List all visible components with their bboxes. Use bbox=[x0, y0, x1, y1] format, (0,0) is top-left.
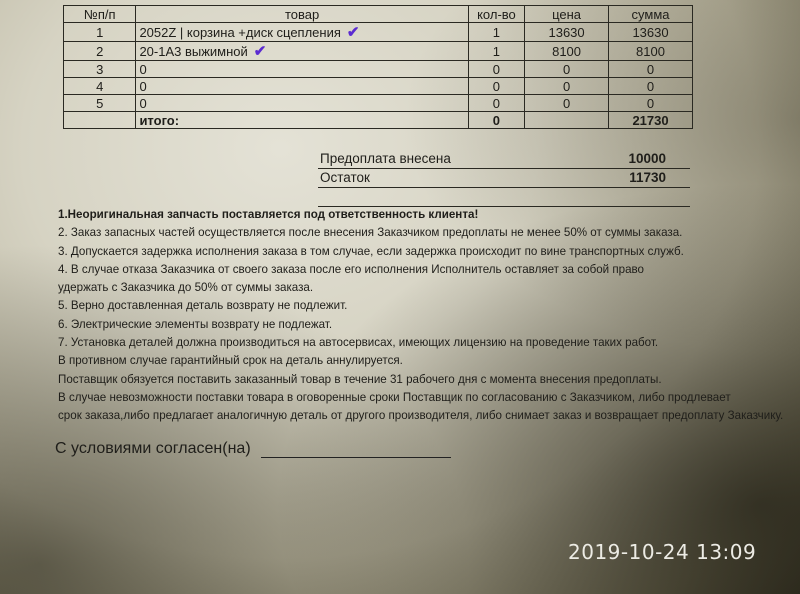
row-qty: 1 bbox=[468, 42, 524, 61]
row-sum: 13630 bbox=[609, 23, 693, 42]
header-sum: сумма bbox=[609, 6, 693, 23]
term-line: 5. Верно доставленная деталь возврату не… bbox=[58, 297, 800, 315]
blank-line bbox=[318, 188, 690, 207]
term-line: В случае невозможности поставки товара в… bbox=[58, 389, 800, 407]
row-price: 0 bbox=[525, 61, 609, 78]
row-num: 1 bbox=[64, 23, 136, 42]
term-line: Поставщик обязуется поставить заказанный… bbox=[58, 371, 800, 389]
header-qty: кол-во bbox=[468, 6, 524, 23]
signature-line bbox=[261, 443, 451, 458]
total-price-empty bbox=[525, 112, 609, 129]
balance-row: Остаток 11730 bbox=[318, 169, 690, 188]
header-product: товар bbox=[136, 6, 468, 23]
term-line: 3. Допускается задержка исполнения заказ… bbox=[58, 243, 800, 261]
agreement-label: С условиями согласен(на) bbox=[55, 440, 251, 458]
row-qty: 0 bbox=[468, 78, 524, 95]
product-name: 2052Z | корзина +диск сцепления bbox=[139, 25, 340, 40]
check-mark-icon: ✔ bbox=[347, 24, 360, 41]
prepaid-value: 10000 bbox=[628, 150, 666, 168]
table-row: 1 2052Z | корзина +диск сцепления✔ 1 136… bbox=[64, 23, 693, 42]
row-price: 8100 bbox=[525, 42, 609, 61]
total-empty bbox=[64, 112, 136, 129]
total-sum: 21730 bbox=[609, 112, 693, 129]
row-qty: 0 bbox=[468, 95, 524, 112]
row-product: 20-1A3 выжимной✔ bbox=[136, 42, 468, 61]
row-product: 0 bbox=[136, 95, 468, 112]
header-price: цена bbox=[525, 6, 609, 23]
check-mark-icon: ✔ bbox=[254, 43, 267, 60]
agreement-signature: С условиями согласен(на) bbox=[55, 440, 451, 458]
total-label: итого: bbox=[136, 112, 468, 129]
row-sum: 8100 bbox=[609, 42, 693, 61]
row-num: 2 bbox=[64, 42, 136, 61]
row-product: 0 bbox=[136, 61, 468, 78]
table-row: 4 0 0 0 0 bbox=[64, 78, 693, 95]
term-line: В противном случае гарантийный срок на д… bbox=[58, 352, 800, 370]
row-qty: 0 bbox=[468, 61, 524, 78]
table-row: 2 20-1A3 выжимной✔ 1 8100 8100 bbox=[64, 42, 693, 61]
payment-summary: Предоплата внесена 10000 Остаток 11730 bbox=[318, 150, 690, 207]
prepaid-label: Предоплата внесена bbox=[320, 150, 451, 168]
row-price: 13630 bbox=[525, 23, 609, 42]
term-line: 2. Заказ запасных частей осуществляется … bbox=[58, 224, 800, 242]
row-price: 0 bbox=[525, 78, 609, 95]
term-line: срок заказа,либо предлагает аналогичную … bbox=[58, 407, 800, 425]
terms-list: 1.Неоригинальная запчасть поставляется п… bbox=[58, 206, 800, 426]
table-total-row: итого: 0 21730 bbox=[64, 112, 693, 129]
total-qty: 0 bbox=[468, 112, 524, 129]
balance-value: 11730 bbox=[629, 169, 666, 187]
row-product: 2052Z | корзина +диск сцепления✔ bbox=[136, 23, 468, 42]
table-header-row: №п/п товар кол-во цена сумма bbox=[64, 6, 693, 23]
row-sum: 0 bbox=[609, 78, 693, 95]
term-line: 6. Электрические элементы возврату не по… bbox=[58, 316, 800, 334]
header-num: №п/п bbox=[64, 6, 136, 23]
prepaid-row: Предоплата внесена 10000 bbox=[318, 150, 690, 169]
row-qty: 1 bbox=[468, 23, 524, 42]
term-line: 7. Установка деталей должна производитьс… bbox=[58, 334, 800, 352]
term-line: 4. В случае отказа Заказчика от своего з… bbox=[58, 261, 800, 279]
order-items-table: №п/п товар кол-во цена сумма 1 2052Z | к… bbox=[63, 5, 693, 129]
photo-timestamp: 2019-10-24 13:09 bbox=[568, 540, 756, 564]
row-product: 0 bbox=[136, 78, 468, 95]
term-line: 1.Неоригинальная запчасть поставляется п… bbox=[58, 206, 800, 224]
table-row: 3 0 0 0 0 bbox=[64, 61, 693, 78]
balance-label: Остаток bbox=[320, 169, 370, 187]
row-num: 3 bbox=[64, 61, 136, 78]
table-row: 5 0 0 0 0 bbox=[64, 95, 693, 112]
row-sum: 0 bbox=[609, 61, 693, 78]
product-name: 20-1A3 выжимной bbox=[139, 44, 247, 59]
row-sum: 0 bbox=[609, 95, 693, 112]
row-num: 4 bbox=[64, 78, 136, 95]
row-num: 5 bbox=[64, 95, 136, 112]
term-line: удержать с Заказчика до 50% от суммы зак… bbox=[58, 279, 800, 297]
row-price: 0 bbox=[525, 95, 609, 112]
